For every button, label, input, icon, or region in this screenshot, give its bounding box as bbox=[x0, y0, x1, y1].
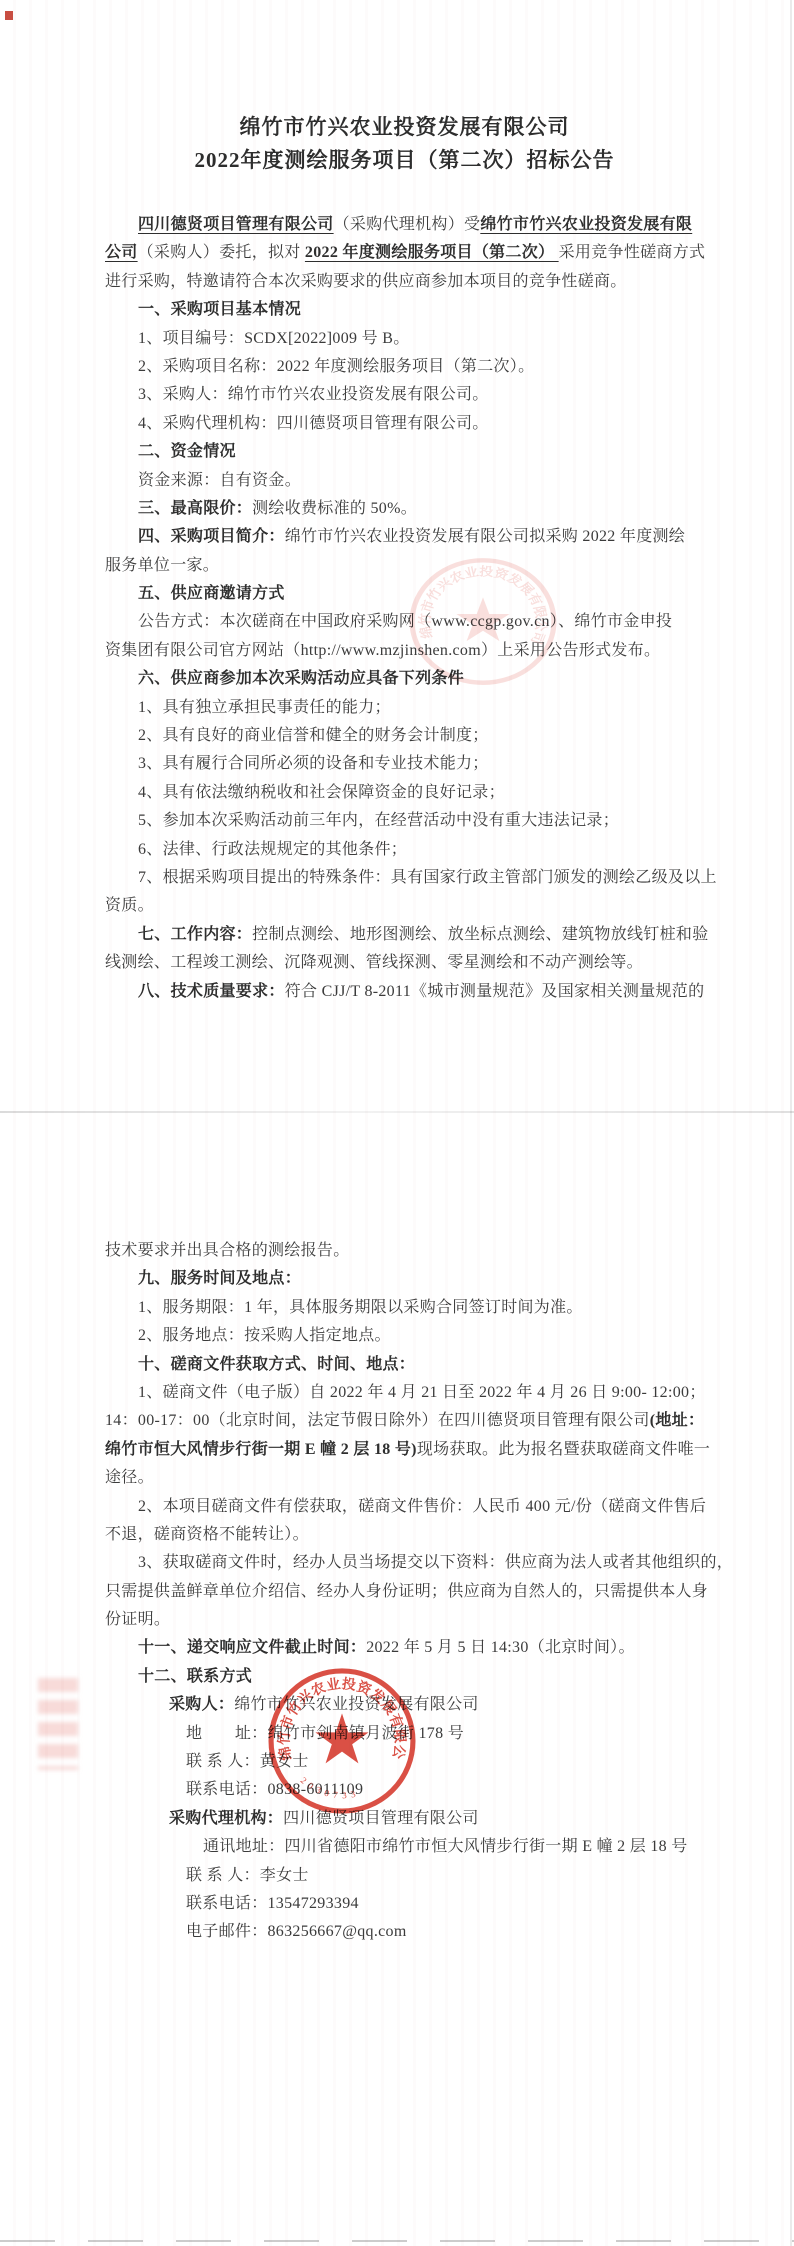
document-line: 采购人：绵竹市竹兴农业投资发展有限公司 bbox=[105, 1691, 704, 1719]
text-segment: 14：00-17：00（北京时间，法定节假日除外）在四川德贤项目管理有限公司 bbox=[105, 1412, 650, 1429]
document-line: 十、磋商文件获取方式、时间、地点： bbox=[105, 1351, 704, 1379]
text-segment: 采用竞争性磋商方式 bbox=[559, 244, 706, 261]
document-line: 资金来源：自有资金。 bbox=[105, 467, 704, 495]
document-line: 6、法律、行政法规规定的其他条件； bbox=[105, 836, 704, 864]
text-segment: 绵竹市竹兴农业投资发展有限公司拟采购 2022 年度测绘 bbox=[285, 528, 685, 545]
document-line: 联系电话：13547293394 bbox=[105, 1890, 704, 1918]
document-title-block: 绵竹市竹兴农业投资发展有限公司 2022年度测绘服务项目（第二次）招标公告 bbox=[105, 0, 704, 177]
document-line: 4、采购代理机构：四川德贤项目管理有限公司。 bbox=[105, 410, 704, 438]
document-line: 4、具有依法缴纳税收和社会保障资金的良好记录； bbox=[105, 779, 704, 807]
text-segment: 线测绘、工程竣工测绘、沉降观测、管线探测、零星测绘和不动产测绘等。 bbox=[105, 954, 643, 971]
text-segment: 1、服务期限：1 年，具体服务期限以采购合同签订时间为准。 bbox=[138, 1299, 583, 1316]
document-line: 1、磋商文件（电子版）自 2022 年 4 月 21 日至 2022 年 4 月… bbox=[105, 1379, 704, 1407]
text-segment: 5、参加本次采购活动前三年内，在经营活动中没有重大违法记录； bbox=[138, 812, 619, 829]
document-line: 五、供应商邀请方式 bbox=[105, 580, 704, 608]
text-segment: 2、服务地点：按采购人指定地点。 bbox=[138, 1327, 391, 1344]
document-line: 2、服务地点：按采购人指定地点。 bbox=[105, 1322, 704, 1350]
text-segment: 不退，磋商资格不能转让）。 bbox=[105, 1526, 309, 1543]
document-line: 四、采购项目简介：绵竹市竹兴农业投资发展有限公司拟采购 2022 年度测绘 bbox=[105, 523, 704, 551]
text-segment: 九、服务时间及地点： bbox=[138, 1270, 301, 1287]
scanned-document: 绵竹市竹兴农业投资发展有限公司 2022年度测绘服务项目（第二次）招标公告 四川… bbox=[0, 0, 794, 2246]
document-title-line-2: 2022年度测绘服务项目（第二次）招标公告 bbox=[105, 144, 704, 177]
text-segment: 八、技术质量要求： bbox=[138, 983, 285, 1000]
text-segment: 四、采购项目简介： bbox=[138, 528, 285, 545]
text-segment: 资金来源：自有资金。 bbox=[138, 472, 301, 489]
document-title-line-1: 绵竹市竹兴农业投资发展有限公司 bbox=[105, 111, 704, 144]
text-segment: 2022 年度测绘服务项目（第二次） bbox=[305, 244, 559, 261]
document-line: 四川德贤项目管理有限公司（采购代理机构）受绵竹市竹兴农业投资发展有限 bbox=[105, 211, 704, 239]
text-segment: 联系电话：13547293394 bbox=[186, 1895, 359, 1912]
document-line: 1、服务期限：1 年，具体服务期限以采购合同签订时间为准。 bbox=[105, 1294, 704, 1322]
text-segment: 绵竹市竹兴农业投资发展有限公司 bbox=[234, 1696, 479, 1713]
document-line: 1、具有独立承担民事责任的能力； bbox=[105, 694, 704, 722]
document-line: 采购代理机构：四川德贤项目管理有限公司 bbox=[105, 1805, 704, 1833]
document-line: 只需提供盖鲜章单位介绍信、经办人身份证明；供应商为自然人的，只需提供本人身 bbox=[105, 1578, 704, 1606]
page-2-body: 技术要求并出具合格的测绘报告。九、服务时间及地点：1、服务期限：1 年，具体服务… bbox=[105, 1114, 704, 1947]
text-segment: 3、获取磋商文件时，经办人员当场提交以下资料：供应商为法人或者其他组织的， bbox=[138, 1554, 733, 1571]
document-line: 2、本项目磋商文件有偿获取，磋商文件售价：人民币 400 元/份（磋商文件售后 bbox=[105, 1493, 704, 1521]
document-line: 联 系 人：李女士 bbox=[105, 1862, 704, 1890]
document-line: 14：00-17：00（北京时间，法定节假日除外）在四川德贤项目管理有限公司(地… bbox=[105, 1407, 704, 1435]
text-segment: 采购代理机构： bbox=[169, 1810, 283, 1827]
text-segment: 技术要求并出具合格的测绘报告。 bbox=[105, 1242, 350, 1259]
document-line: 地 址：绵竹市剑南镇月波街 178 号 bbox=[105, 1720, 704, 1748]
document-line: 二、资金情况 bbox=[105, 438, 704, 466]
text-segment: 2022 年 5 月 5 日 14:30（北京时间）。 bbox=[366, 1639, 635, 1656]
text-segment: （采购代理机构）受 bbox=[334, 216, 481, 233]
text-segment: 电子邮件：863256667@qq.com bbox=[186, 1923, 407, 1940]
document-page-1: 绵竹市竹兴农业投资发展有限公司 2022年度测绘服务项目（第二次）招标公告 四川… bbox=[0, 0, 794, 1112]
document-line: 5、参加本次采购活动前三年内，在经营活动中没有重大违法记录； bbox=[105, 807, 704, 835]
text-segment: 地 址：绵竹市剑南镇月波街 178 号 bbox=[186, 1725, 464, 1742]
document-line: 联 系 人：黄女士 bbox=[105, 1748, 704, 1776]
document-line: 联系电话：0838-6011109 bbox=[105, 1776, 704, 1804]
text-segment: 控制点测绘、地形图测绘、放坐标点测绘、建筑物放线钉桩和验 bbox=[252, 926, 708, 943]
document-line: 3、获取磋商文件时，经办人员当场提交以下资料：供应商为法人或者其他组织的， bbox=[105, 1549, 704, 1577]
text-segment: 4、采购代理机构：四川德贤项目管理有限公司。 bbox=[138, 415, 489, 432]
text-segment: 3、采购人：绵竹市竹兴农业投资发展有限公司。 bbox=[138, 386, 489, 403]
text-segment: 公告方式：本次磋商在中国政府采购网（www.ccgp.gov.cn）、绵竹市金申… bbox=[138, 613, 672, 630]
document-line: 六、供应商参加本次采购活动应具备下列条件 bbox=[105, 665, 704, 693]
text-segment: 三、最高限价： bbox=[138, 500, 252, 517]
document-line: 份证明。 bbox=[105, 1606, 704, 1634]
text-segment: 绵竹市恒大风情步行街一期 E 幢 2 层 18 号) bbox=[105, 1441, 417, 1458]
document-line: 电子邮件：863256667@qq.com bbox=[105, 1918, 704, 1946]
text-segment: 十、磋商文件获取方式、时间、地点： bbox=[138, 1356, 415, 1373]
document-line: 十一、递交响应文件截止时间：2022 年 5 月 5 日 14:30（北京时间）… bbox=[105, 1634, 704, 1662]
document-line: 公告方式：本次磋商在中国政府采购网（www.ccgp.gov.cn）、绵竹市金申… bbox=[105, 608, 704, 636]
document-line: 资集团有限公司官方网站（http://www.mzjinshen.com）上采用… bbox=[105, 637, 704, 665]
text-segment: 符合 CJJ/T 8-2011《城市测量规范》及国家相关测量规范的 bbox=[285, 983, 705, 1000]
text-segment: 只需提供盖鲜章单位介绍信、经办人身份证明；供应商为自然人的，只需提供本人身 bbox=[105, 1583, 708, 1600]
document-line: 3、具有履行合同所必须的设备和专业技术能力； bbox=[105, 750, 704, 778]
text-segment: 六、供应商参加本次采购活动应具备下列条件 bbox=[138, 670, 464, 687]
document-line: 十二、联系方式 bbox=[105, 1663, 704, 1691]
text-segment: 通讯地址：四川省德阳市绵竹市恒大风情步行街一期 E 幢 2 层 18 号 bbox=[203, 1838, 688, 1855]
text-segment: 7、根据采购项目提出的特殊条件：具有国家行政主管部门颁发的测绘乙级及以上 bbox=[138, 869, 717, 886]
text-segment: 1、具有独立承担民事责任的能力； bbox=[138, 699, 391, 716]
document-line: 2、采购项目名称：2022 年度测绘服务项目（第二次）。 bbox=[105, 353, 704, 381]
text-segment: 6、法律、行政法规规定的其他条件； bbox=[138, 841, 407, 858]
document-line: 服务单位一家。 bbox=[105, 552, 704, 580]
document-line: 7、根据采购项目提出的特殊条件：具有国家行政主管部门颁发的测绘乙级及以上 bbox=[105, 864, 704, 892]
document-line: 途径。 bbox=[105, 1464, 704, 1492]
document-line: 九、服务时间及地点： bbox=[105, 1265, 704, 1293]
document-page-2: 技术要求并出具合格的测绘报告。九、服务时间及地点：1、服务期限：1 年，具体服务… bbox=[0, 1114, 794, 2244]
text-segment: 联 系 人：李女士 bbox=[186, 1867, 309, 1884]
text-segment: 现场获取。此为报名暨获取磋商文件唯一 bbox=[417, 1441, 710, 1458]
text-segment: 1、项目编号：SCDX[2022]009 号 B。 bbox=[138, 330, 410, 347]
text-segment: (地址： bbox=[650, 1412, 705, 1429]
text-segment: 份证明。 bbox=[105, 1611, 170, 1628]
text-segment: 一、采购项目基本情况 bbox=[138, 301, 301, 318]
text-segment: 五、供应商邀请方式 bbox=[138, 585, 285, 602]
document-line: 八、技术质量要求：符合 CJJ/T 8-2011《城市测量规范》及国家相关测量规… bbox=[105, 978, 704, 1006]
document-line: 2、具有良好的商业信誉和健全的财务会计制度； bbox=[105, 722, 704, 750]
text-segment: 资质。 bbox=[105, 897, 154, 914]
text-segment: 十一、递交响应文件截止时间： bbox=[138, 1639, 366, 1656]
text-segment: 绵竹市竹兴农业投资发展有限 bbox=[480, 216, 692, 233]
text-segment: 联系电话：0838-6011109 bbox=[186, 1781, 363, 1798]
document-line: 技术要求并出具合格的测绘报告。 bbox=[105, 1237, 704, 1265]
document-line: 进行采购，特邀请符合本次采购要求的供应商参加本项目的竞争性磋商。 bbox=[105, 268, 704, 296]
document-line: 通讯地址：四川省德阳市绵竹市恒大风情步行街一期 E 幢 2 层 18 号 bbox=[105, 1833, 704, 1861]
text-segment: （采购人）委托，拟对 bbox=[138, 244, 305, 261]
text-segment: 七、工作内容： bbox=[138, 926, 252, 943]
text-segment: 十二、联系方式 bbox=[138, 1668, 252, 1685]
text-segment: 2、本项目磋商文件有偿获取，磋商文件售价：人民币 400 元/份（磋商文件售后 bbox=[138, 1498, 706, 1515]
text-segment: 四川德贤项目管理有限公司 bbox=[138, 216, 334, 233]
text-segment: 服务单位一家。 bbox=[105, 557, 219, 574]
document-line: 绵竹市恒大风情步行街一期 E 幢 2 层 18 号)现场获取。此为报名暨获取磋商… bbox=[105, 1436, 704, 1464]
text-segment: 1、磋商文件（电子版）自 2022 年 4 月 21 日至 2022 年 4 月… bbox=[138, 1384, 706, 1401]
text-segment: 2、采购项目名称：2022 年度测绘服务项目（第二次）。 bbox=[138, 358, 534, 375]
document-line: 1、项目编号：SCDX[2022]009 号 B。 bbox=[105, 325, 704, 353]
text-segment: 测绘收费标准的 50%。 bbox=[252, 500, 417, 517]
document-line: 七、工作内容：控制点测绘、地形图测绘、放坐标点测绘、建筑物放线钉桩和验 bbox=[105, 921, 704, 949]
text-segment: 资集团有限公司官方网站（http://www.mzjinshen.com）上采用… bbox=[105, 642, 660, 659]
text-segment: 公司 bbox=[105, 244, 138, 261]
text-segment: 二、资金情况 bbox=[138, 443, 236, 460]
text-segment: 4、具有依法缴纳税收和社会保障资金的良好记录； bbox=[138, 784, 505, 801]
text-segment: 3、具有履行合同所必须的设备和专业技术能力； bbox=[138, 755, 489, 772]
text-segment: 四川德贤项目管理有限公司 bbox=[283, 1810, 479, 1827]
text-segment: 联 系 人：黄女士 bbox=[186, 1753, 309, 1770]
page-1-body: 四川德贤项目管理有限公司（采购代理机构）受绵竹市竹兴农业投资发展有限公司（采购人… bbox=[105, 211, 704, 1006]
document-line: 公司（采购人）委托，拟对 2022 年度测绘服务项目（第二次） 采用竞争性磋商方… bbox=[105, 239, 704, 267]
text-segment: 途径。 bbox=[105, 1469, 154, 1486]
document-line: 不退，磋商资格不能转让）。 bbox=[105, 1521, 704, 1549]
document-line: 3、采购人：绵竹市竹兴农业投资发展有限公司。 bbox=[105, 381, 704, 409]
text-segment: 2、具有良好的商业信誉和健全的财务会计制度； bbox=[138, 727, 489, 744]
document-line: 三、最高限价：测绘收费标准的 50%。 bbox=[105, 495, 704, 523]
document-line: 一、采购项目基本情况 bbox=[105, 296, 704, 324]
seal-ink-smudge bbox=[38, 1678, 78, 1770]
document-line: 资质。 bbox=[105, 892, 704, 920]
text-segment: 进行采购，特邀请符合本次采购要求的供应商参加本项目的竞争性磋商。 bbox=[105, 273, 627, 290]
document-line: 线测绘、工程竣工测绘、沉降观测、管线探测、零星测绘和不动产测绘等。 bbox=[105, 949, 704, 977]
text-segment: 采购人： bbox=[169, 1696, 234, 1713]
